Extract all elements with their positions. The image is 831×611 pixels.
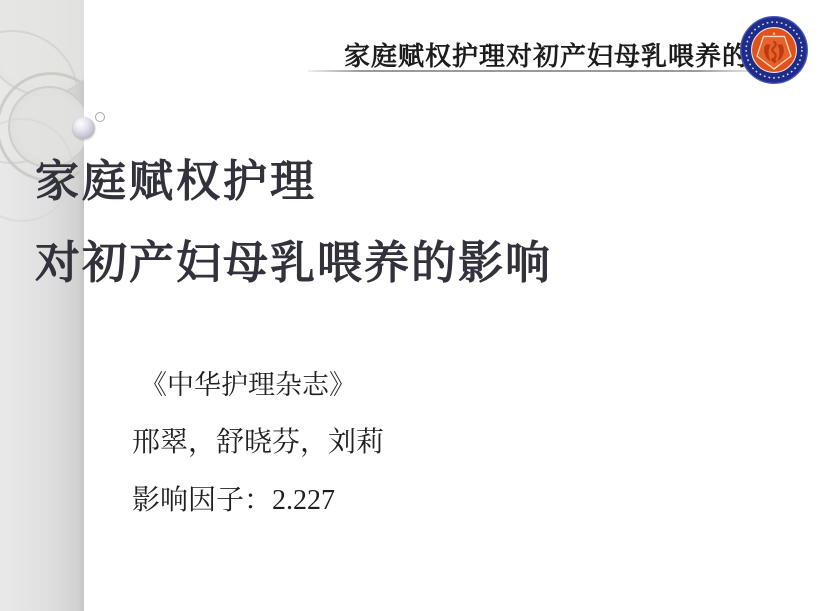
hospital-emblem-icon <box>740 16 808 84</box>
decorative-small-circle <box>95 112 105 122</box>
header-divider-line <box>308 70 748 72</box>
impact-factor-line: 影响因子：2.227 <box>132 487 384 515</box>
hospital-emblem-logo <box>740 16 808 84</box>
header-running-title: 家庭赋权护理对初产妇母乳喂养的影响 <box>344 36 724 73</box>
left-decorative-strip <box>0 0 84 611</box>
slide-title: 家庭赋权护理 对初产妇母乳喂养的影响 <box>35 160 795 285</box>
slide-title-line1: 家庭赋权护理 <box>35 160 795 204</box>
presentation-slide: 家庭赋权护理对初产妇母乳喂养的影响 家庭赋权护理 对初产妇母乳喂养的影响 《中华… <box>0 0 831 611</box>
slide-title-line2: 对初产妇母乳喂养的影响 <box>35 240 795 285</box>
slide-details: 《中华护理杂志》 邢翠，舒晓芬，刘莉 影响因子：2.227 <box>132 372 384 545</box>
authors-line: 邢翠，舒晓芬，刘莉 <box>132 429 384 457</box>
journal-name: 《中华护理杂志》 <box>140 372 384 399</box>
decorative-sphere <box>73 117 95 139</box>
